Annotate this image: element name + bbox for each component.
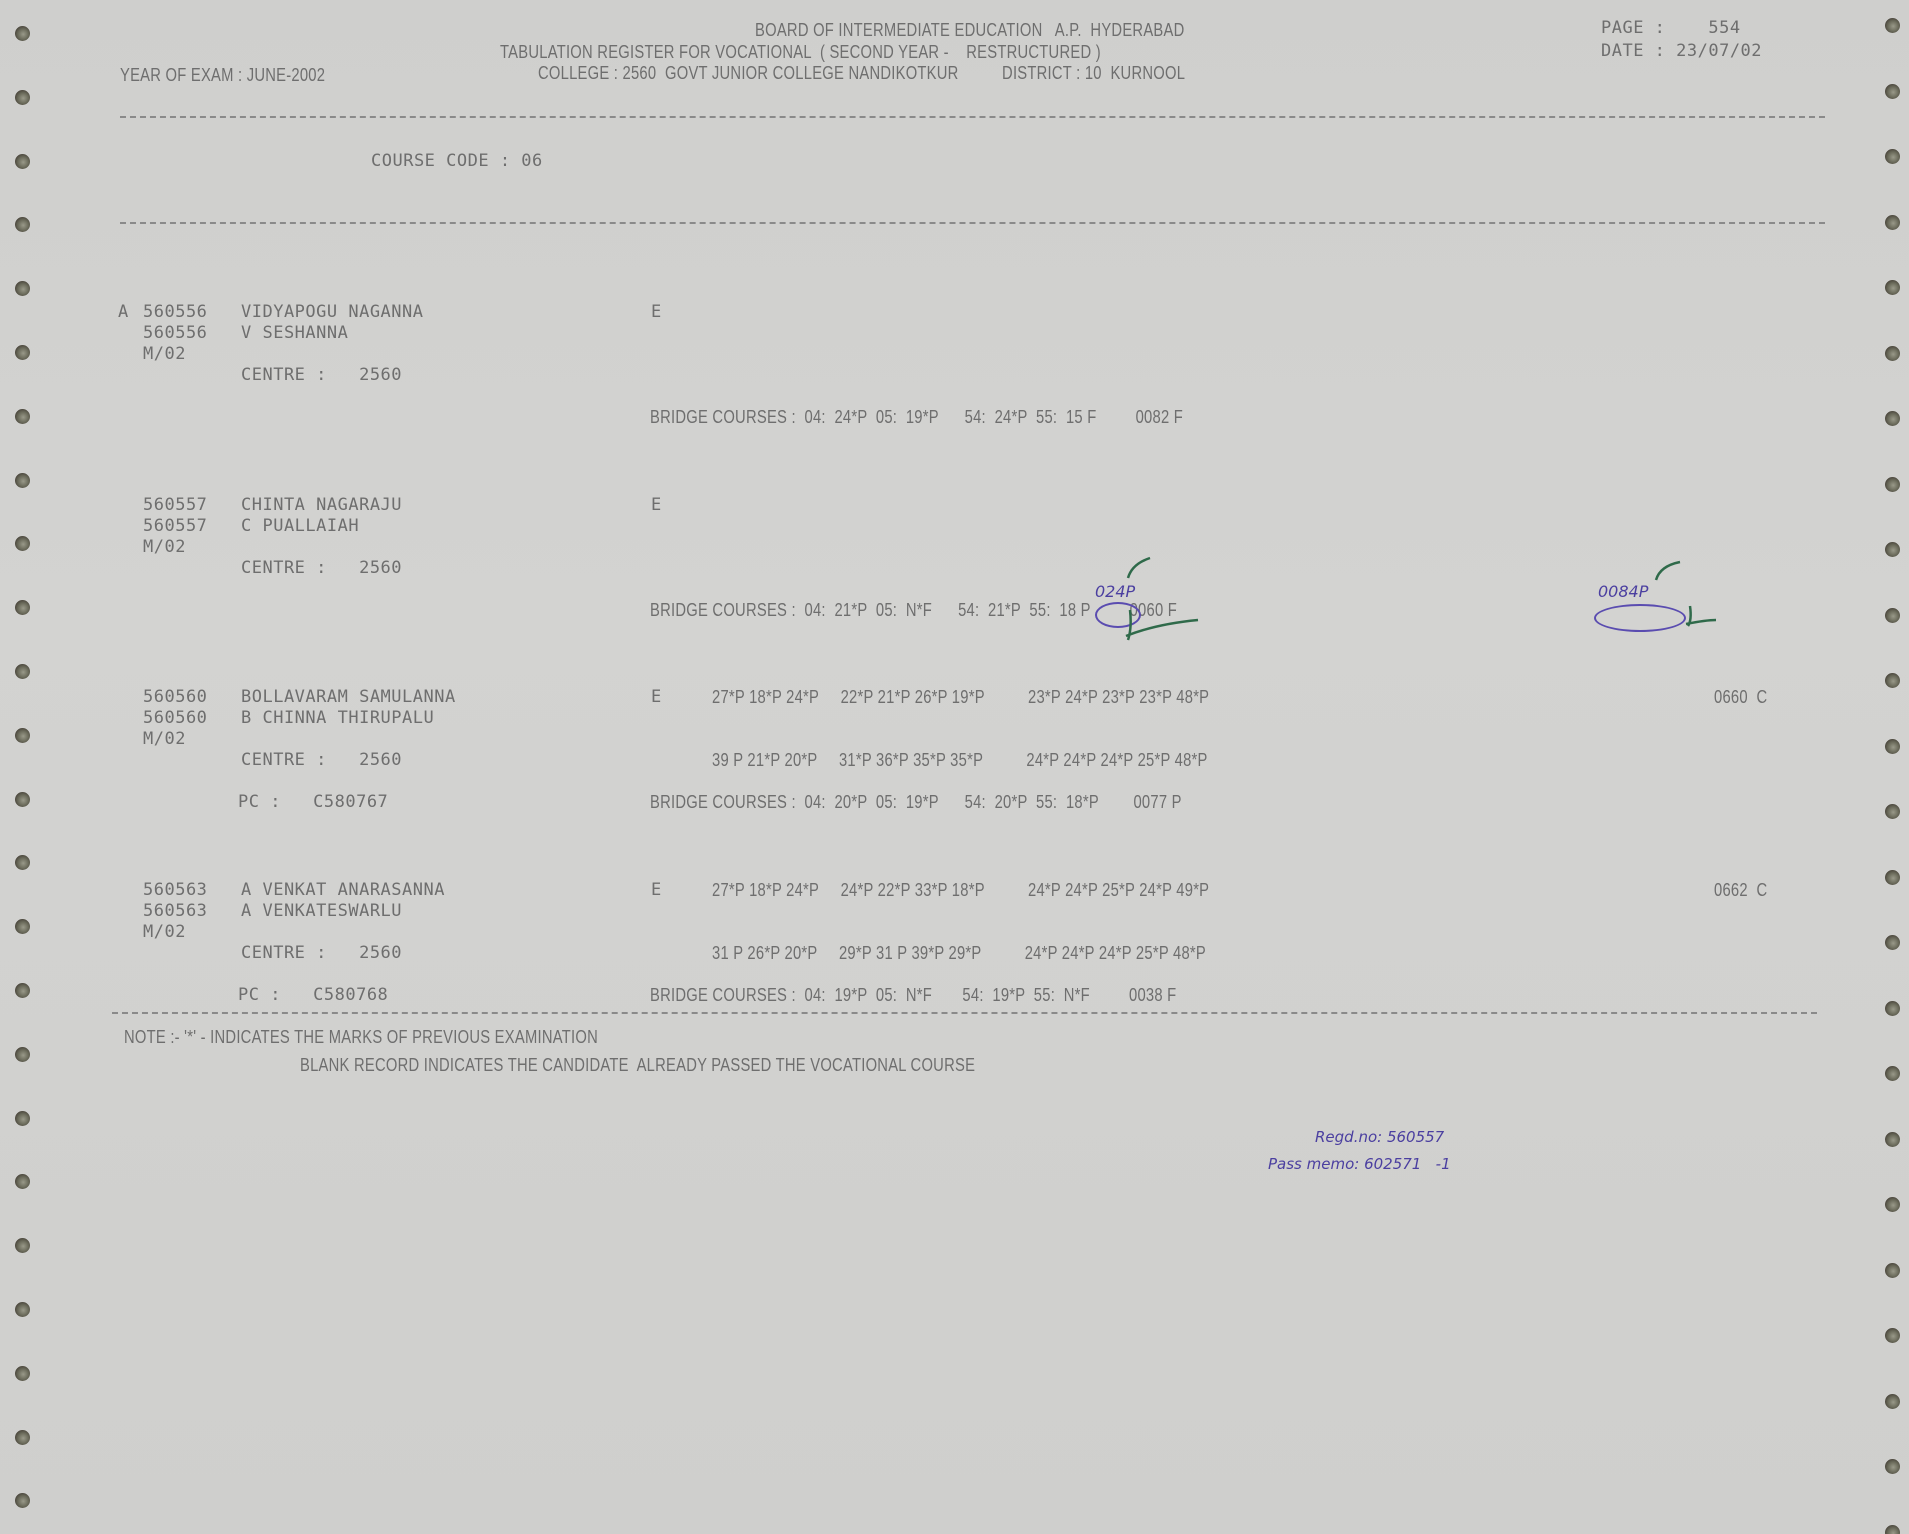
tick-marks <box>0 0 1909 1534</box>
handwritten-regd-no: Regd.no: 560557 <box>1315 1128 1444 1146</box>
handwritten-pass-memo: Pass memo: 602571 -1 <box>1268 1155 1451 1173</box>
tabulation-register-sheet: BOARD OF INTERMEDIATE EDUCATION A.P. HYD… <box>0 0 1909 1534</box>
